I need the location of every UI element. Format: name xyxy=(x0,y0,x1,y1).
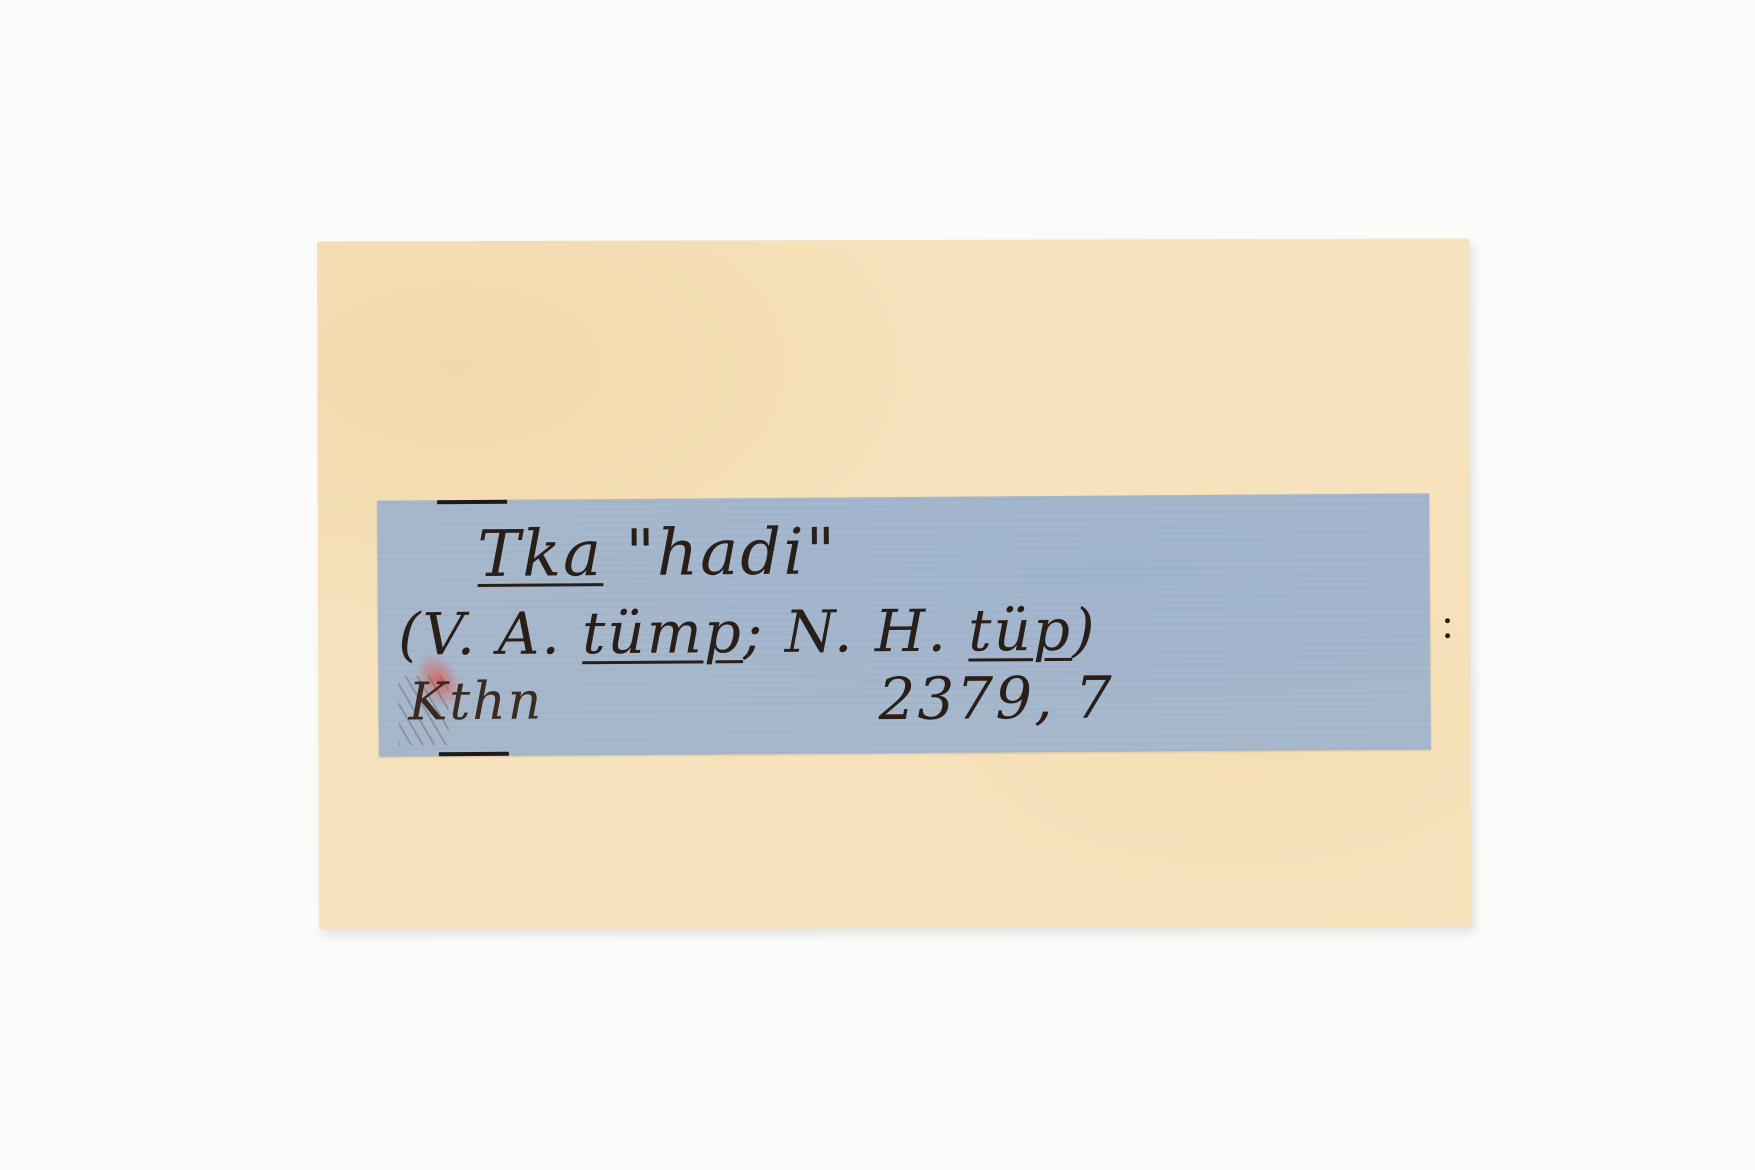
quoted-word: "hadi" xyxy=(603,515,838,591)
handwriting-line-3-number: 2379, 7 xyxy=(878,664,1114,734)
blue-paper-strip: Tka "hadi" (V. A. tümp; N. H. tüp) Kthn … xyxy=(377,493,1431,756)
line2-mid: ; N. H. xyxy=(743,597,969,667)
handwriting-line-2: (V. A. tümp; N. H. tüp) xyxy=(398,596,1097,669)
handwriting-line-1: Tka "hadi" xyxy=(477,515,837,592)
ink-edge-mark-bottom xyxy=(439,752,509,756)
underlined-word: Tka xyxy=(477,517,603,592)
ink-edge-mark-top xyxy=(437,500,507,504)
handwriting-line-3-left: Kthn xyxy=(408,672,543,733)
line2-open: (V. A. xyxy=(398,599,582,668)
line2-close: ) xyxy=(1072,596,1097,664)
ink-dot xyxy=(1445,633,1450,638)
line2-word1: tümp xyxy=(582,598,743,667)
line2-word2: tüp xyxy=(968,596,1072,665)
ink-dot xyxy=(1445,618,1450,623)
